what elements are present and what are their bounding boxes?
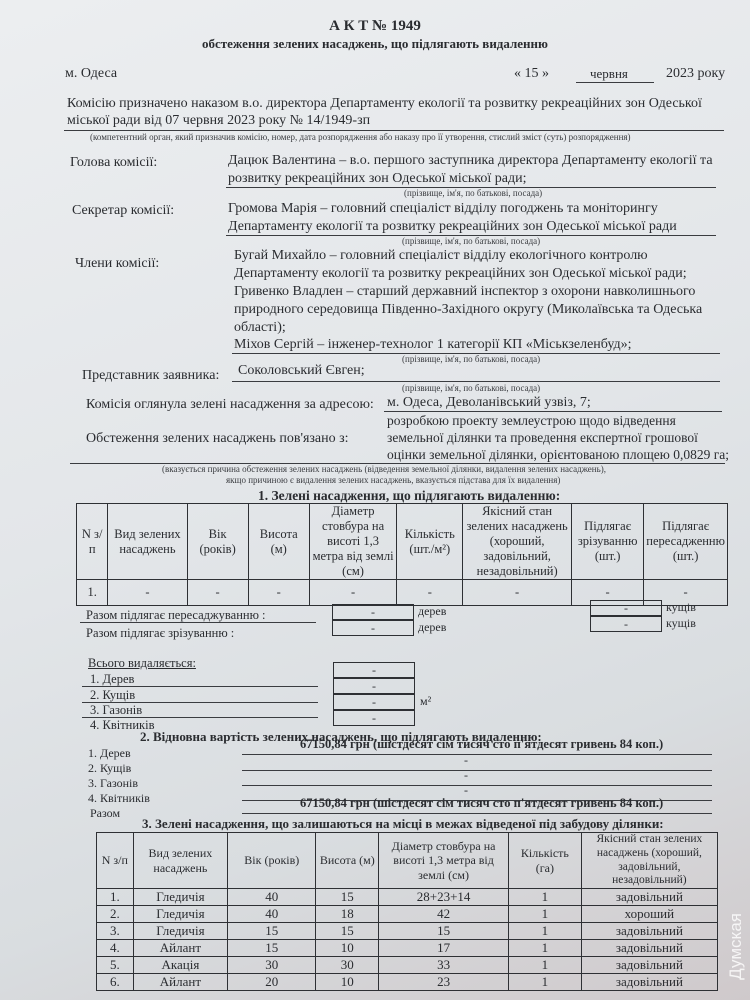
order-underline	[64, 130, 724, 131]
cell: 30	[316, 957, 379, 974]
s1-col-cut: Підлягає зрізуванню (шт.)	[572, 504, 644, 580]
cell: задовільний	[581, 940, 717, 957]
secretary-label: Секретар комісії:	[72, 203, 174, 219]
act-subtitle: обстеження зелених насаджень, що підляга…	[0, 36, 750, 52]
table-row: 3.Гледичія1515151задовільний	[97, 923, 718, 940]
date-day: « 15 »	[514, 66, 549, 82]
date-month: червня	[590, 66, 628, 82]
reason-line: земельної ділянки та проведення експертн…	[387, 430, 698, 446]
transplant-shrubs-unit: кущів	[666, 600, 696, 615]
cell: 15	[228, 940, 316, 957]
cell: 42	[379, 906, 509, 923]
cell: 15	[379, 923, 509, 940]
cell: Гледичія	[133, 923, 227, 940]
cell: Айлант	[133, 974, 227, 991]
address-label: Комісія оглянула зелені насадження за ад…	[86, 397, 374, 413]
cost-item-label: 1. Дерев	[88, 746, 131, 761]
cell: 18	[316, 906, 379, 923]
members-hint: (прізвище, ім'я, по батькові, посада)	[402, 354, 540, 364]
cut-shrubs-unit: кущів	[666, 616, 696, 631]
table-row: 5.Акація3030331задовільний	[97, 957, 718, 974]
head-line-2: розвитку рекреаційних зон Одеської міськ…	[228, 171, 527, 187]
reason-line: оцінки земельної ділянки, орієнтованою п…	[387, 447, 729, 463]
cut-label: Разом підлягає зрізуванню :	[86, 626, 234, 641]
cell: задовільний	[581, 957, 717, 974]
applicant-label: Представник заявника:	[82, 368, 219, 384]
cell: 1	[509, 906, 582, 923]
total-removed-value: -	[333, 710, 415, 726]
cell: 17	[379, 940, 509, 957]
act-document: А К Т № 1949 обстеження зелених насаджен…	[0, 0, 750, 1000]
reason-line: розробкою проекту землеустрою щодо відве…	[387, 413, 676, 429]
s3-col-number: N з/п	[97, 833, 134, 889]
head-hint: (прізвище, ім'я, по батькові, посада)	[404, 188, 542, 198]
s1-col-condition: Якісний стан зелених насаджень (хороший,…	[463, 504, 572, 580]
cost-item-label: 4. Квітників	[88, 791, 150, 806]
cell: 15	[228, 923, 316, 940]
section3-table: N з/п Вид зелених насаджень Вік (років) …	[96, 832, 718, 991]
section1-table: N з/п Вид зелених насаджень Вік (років) …	[76, 503, 728, 606]
reason-hint-2: якщо причиною є видалення зелених насадж…	[226, 475, 560, 485]
cell: 1.	[77, 580, 108, 606]
cut-trees-value: -	[332, 620, 414, 636]
cell: -	[397, 580, 463, 606]
applicant-hint: (прізвище, ім'я, по батькові, посада)	[402, 383, 540, 393]
reason-hint-1: (вказується причина обстеження зелених н…	[162, 464, 606, 474]
cost-underline	[242, 770, 712, 771]
table-row: 2.Гледичія4018421хороший	[97, 906, 718, 923]
cell: 33	[379, 957, 509, 974]
total-removed-item: 1. Дерев	[90, 672, 134, 687]
cost-item-value: -	[464, 768, 468, 783]
cell: 40	[228, 906, 316, 923]
cost-item-label: 2. Кущів	[88, 761, 131, 776]
total-removed-item: 2. Кущів	[90, 688, 135, 703]
cell: 1	[509, 974, 582, 991]
cell: 1	[509, 940, 582, 957]
s3-col-diameter: Діаметр стовбура на висоті 1,3 метра від…	[379, 833, 509, 889]
s1-col-diameter: Діаметр стовбура на висоті 1,3 метра від…	[309, 504, 397, 580]
cell: 10	[316, 940, 379, 957]
total-removed-value: -	[333, 694, 415, 710]
table-row: 1.Гледичія401528+23+141задовільний	[97, 889, 718, 906]
cell: 3.	[97, 923, 134, 940]
s1-col-age: Вік (років)	[187, 504, 248, 580]
cell: 5.	[97, 957, 134, 974]
total-removed-value: -	[333, 662, 415, 678]
cell: 1	[509, 923, 582, 940]
head-line-1: Дацюк Валентина – в.о. першого заступник…	[228, 153, 713, 169]
order-line-2: міської ради від 07 червня 2023 року № 1…	[67, 113, 370, 129]
address-underline	[384, 411, 722, 412]
members-line: області);	[234, 320, 286, 336]
cell: 15	[316, 923, 379, 940]
cell: 23	[379, 974, 509, 991]
cell: Гледичія	[133, 906, 227, 923]
s1-col-type: Вид зелених насаджень	[108, 504, 187, 580]
cell: -	[108, 580, 187, 606]
address-value: м. Одеса, Деволанівський узвіз, 7;	[387, 395, 591, 411]
total-removed-underline	[82, 686, 318, 687]
total-removed-item: 3. Газонів	[90, 703, 142, 718]
s3-col-age: Вік (років)	[228, 833, 316, 889]
members-line: Бугай Михайло – головний спеціаліст відд…	[234, 248, 648, 264]
cell: 10	[316, 974, 379, 991]
cell: 30	[228, 957, 316, 974]
order-hint: (компетентний орган, який призначив комі…	[90, 132, 631, 142]
cell: задовільний	[581, 923, 717, 940]
total-removed-value: -	[333, 678, 415, 694]
table-row: 4.Айлант1510171задовільний	[97, 940, 718, 957]
order-line-1: Комісію призначено наказом в.о. директор…	[67, 96, 702, 112]
total-removed-title: Всього видаляється:	[88, 656, 196, 671]
cell: 15	[316, 889, 379, 906]
transplant-trees-unit: дерев	[418, 604, 446, 619]
cell: 2.	[97, 906, 134, 923]
members-line: Міхов Сергій – інженер-технолог 1 катего…	[234, 337, 632, 353]
cell: задовільний	[581, 974, 717, 991]
s1-col-height: Висота (м)	[248, 504, 309, 580]
cost-item-label: 3. Газонів	[88, 776, 138, 791]
cell: задовільний	[581, 889, 717, 906]
cut-shrubs-value: -	[590, 616, 662, 632]
act-title: А К Т № 1949	[0, 18, 750, 35]
reason-label: Обстеження зелених насаджень пов'язано з…	[86, 431, 349, 447]
secretary-line-2: Департаменту екології та розвитку рекреа…	[228, 219, 677, 235]
members-line: Гривенко Владлен – старший державний інс…	[234, 284, 695, 300]
cell: 1.	[97, 889, 134, 906]
members-line: Департаменту екології та розвитку рекреа…	[234, 266, 687, 282]
transplant-label: Разом підлягає пересаджуванню :	[86, 608, 266, 623]
cell: Айлант	[133, 940, 227, 957]
cost-item-value: -	[464, 753, 468, 768]
cell: 6.	[97, 974, 134, 991]
cell: -	[248, 580, 309, 606]
cell: Гледичія	[133, 889, 227, 906]
cell: 40	[228, 889, 316, 906]
head-label: Голова комісії:	[70, 155, 157, 171]
members-label: Члени комісії:	[75, 256, 159, 272]
s3-col-quantity: Кількість (га)	[509, 833, 582, 889]
s3-col-type: Вид зелених насаджень	[133, 833, 227, 889]
transplant-underline	[80, 622, 316, 623]
s3-col-height: Висота (м)	[316, 833, 379, 889]
section1-title: 1. Зелені насадження, що підлягають вида…	[258, 488, 560, 504]
s1-col-quantity: Кількість (шт./м²)	[397, 504, 463, 580]
date-month-underline	[576, 82, 654, 83]
s1-col-number: N з/п	[77, 504, 108, 580]
cell: 1	[509, 957, 582, 974]
cut-trees-unit: дерев	[418, 620, 446, 635]
applicant-name: Соколовський Євген;	[238, 363, 365, 379]
cell: Акація	[133, 957, 227, 974]
city: м. Одеса	[65, 66, 117, 82]
cell: -	[309, 580, 397, 606]
cell: хороший	[581, 906, 717, 923]
watermark: Думская	[726, 913, 746, 980]
cell: -	[463, 580, 572, 606]
secretary-line-1: Громова Марія – головний спеціаліст відд…	[228, 201, 658, 217]
cost-total-underline	[242, 813, 712, 814]
transplant-trees-value: -	[332, 604, 414, 620]
secretary-hint: (прізвище, ім'я, по батькові, посада)	[402, 236, 540, 246]
cell: -	[187, 580, 248, 606]
transplant-shrubs-value: -	[590, 600, 662, 616]
cell: 1	[509, 889, 582, 906]
cell: 20	[228, 974, 316, 991]
cell: 28+23+14	[379, 889, 509, 906]
cost-total-value: 67150,84 грн (шістдесят сім тисяч сто п'…	[300, 796, 663, 811]
cell: 4.	[97, 940, 134, 957]
cost-underline	[242, 785, 712, 786]
cost-underline	[242, 754, 712, 755]
members-line: природного середовища Південно-Західного…	[234, 302, 702, 318]
applicant-underline	[232, 381, 720, 382]
cost-total-label: Разом	[90, 806, 120, 821]
s1-col-transplant: Підлягає пересадженню (шт.)	[644, 504, 728, 580]
section3-title: 3. Зелені насадження, що залишаються на …	[142, 816, 664, 832]
date-year: 2023 року	[666, 66, 725, 82]
table-row: 6.Айлант2010231задовільний	[97, 974, 718, 991]
total-removed-unit: м²	[420, 694, 431, 709]
cost-item-value: 67150,84 грн (шістдесят сім тисяч сто п'…	[300, 737, 663, 752]
s3-col-condition: Якісний стан зелених насаджень (хороший,…	[581, 833, 717, 889]
